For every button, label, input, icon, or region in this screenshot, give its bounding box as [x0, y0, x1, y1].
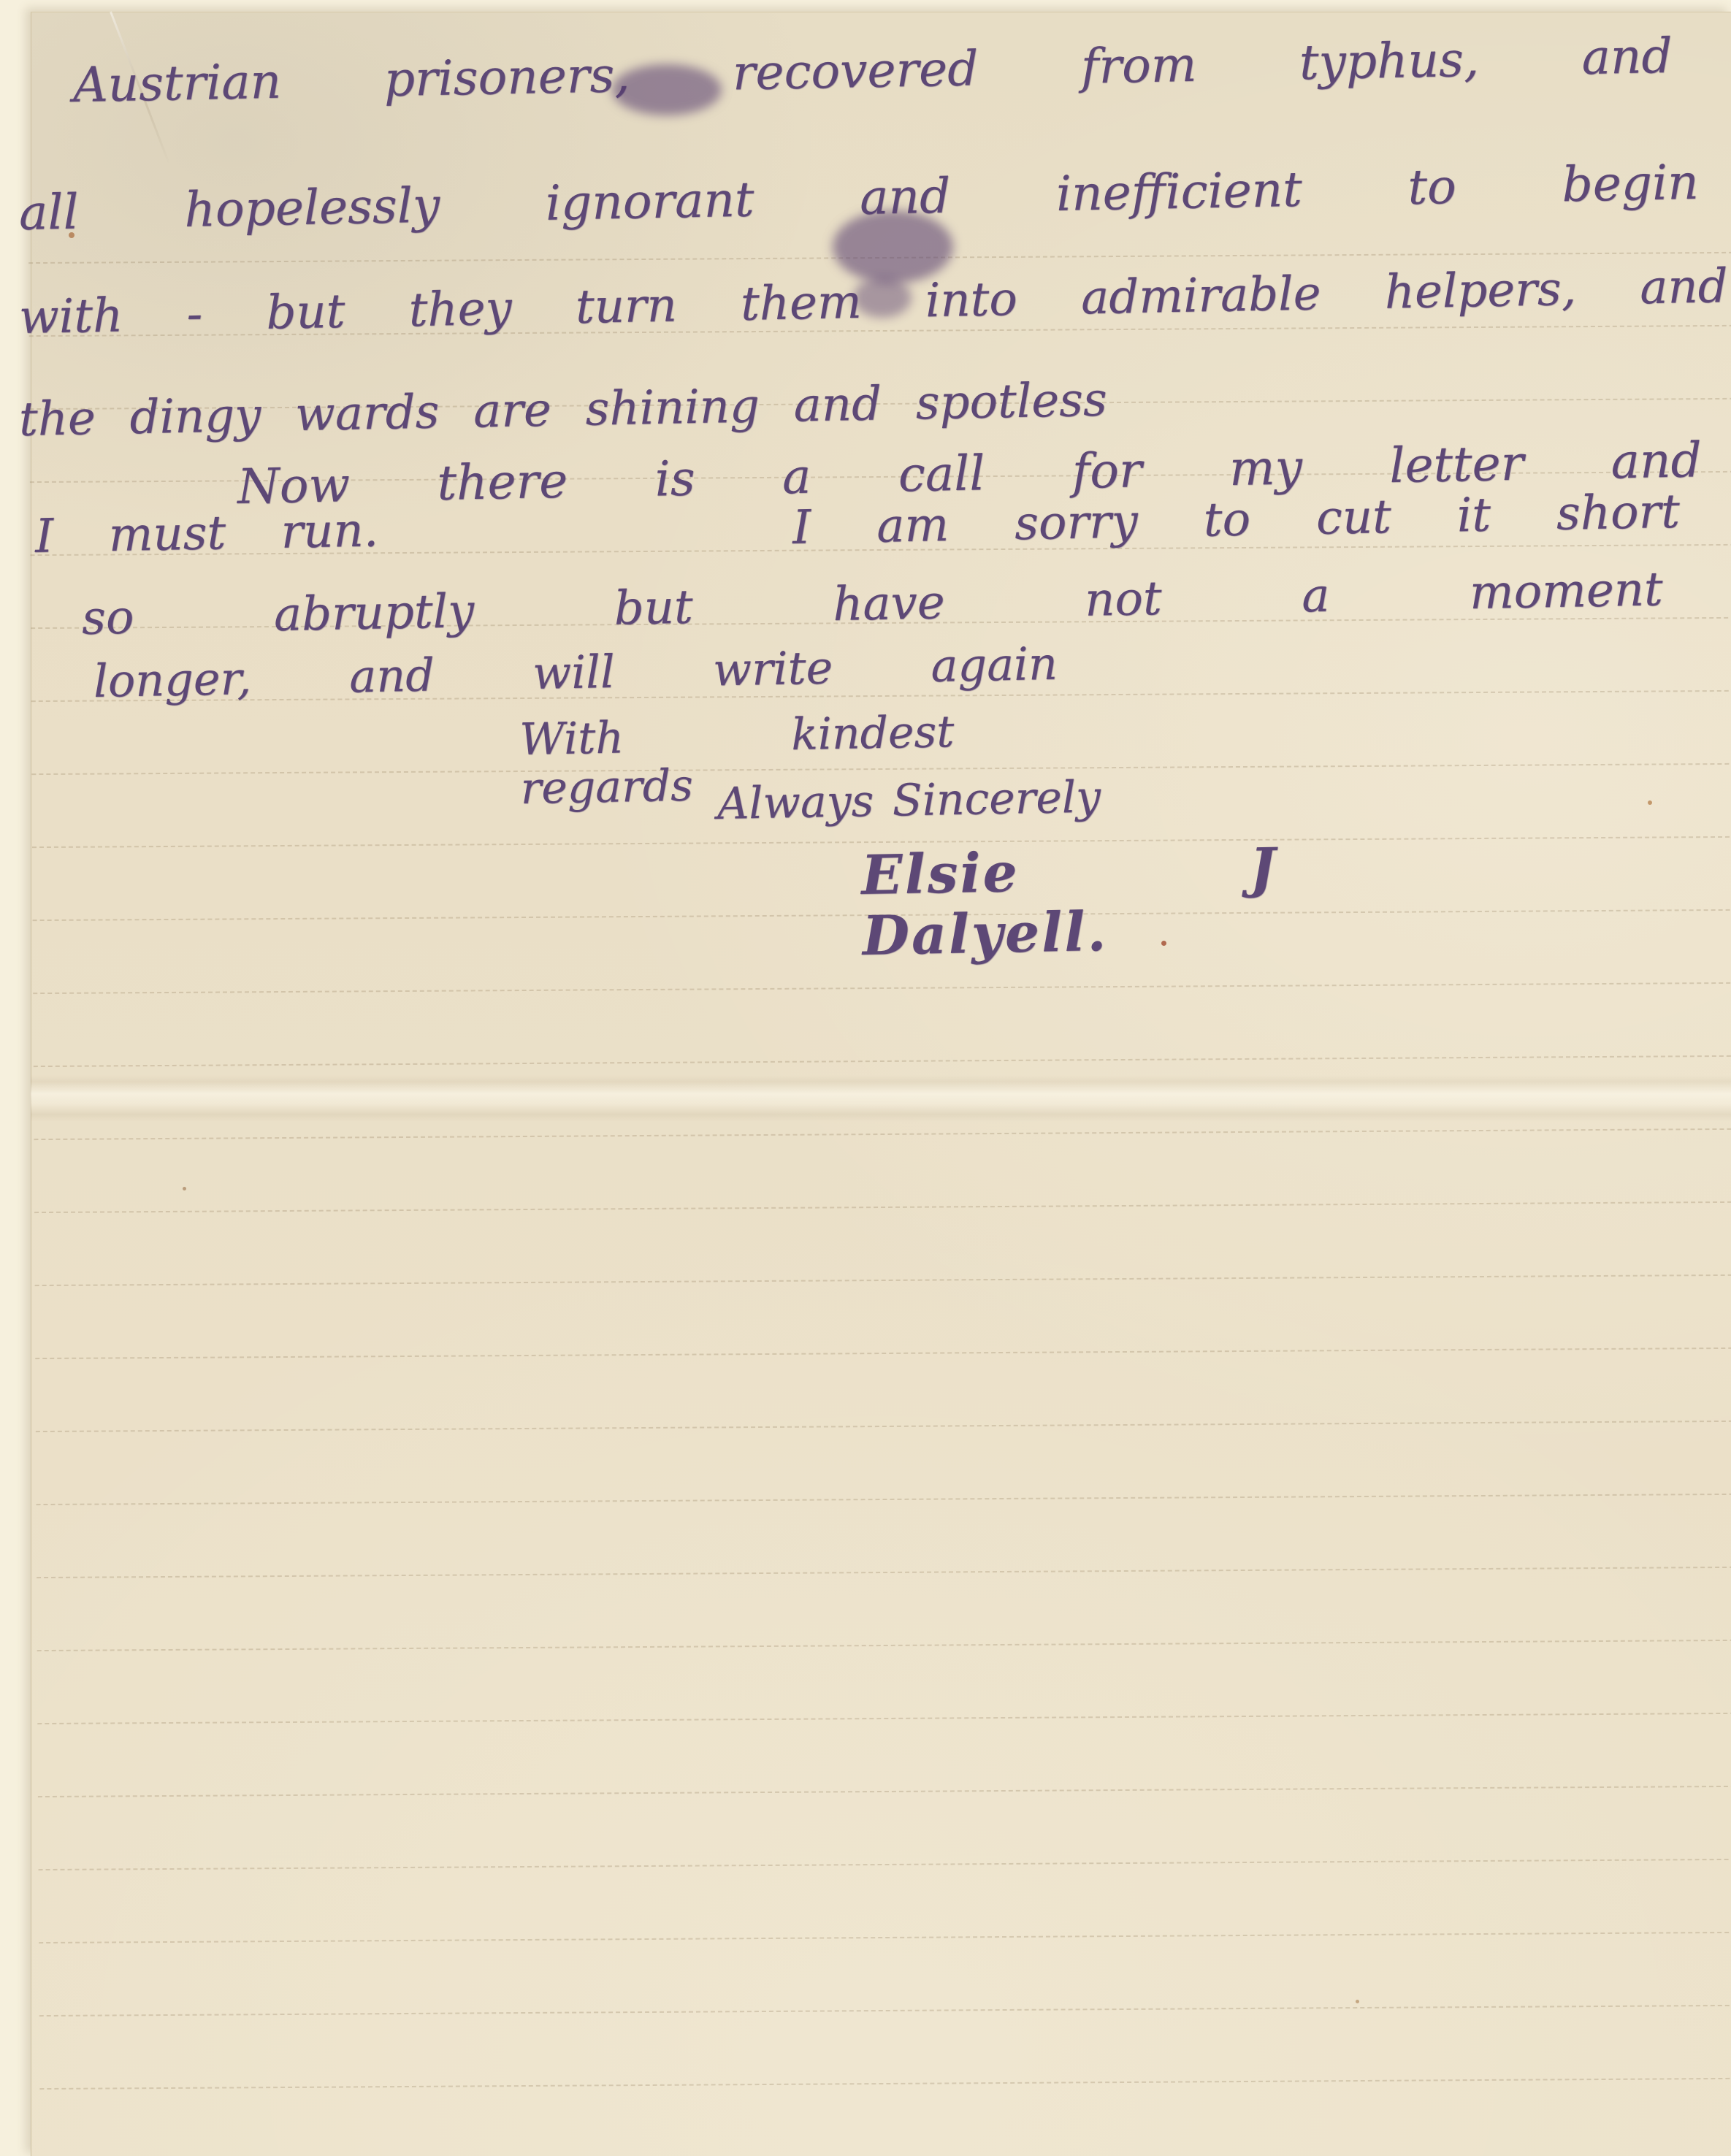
letter-line: so abruptly but have not a moment — [81, 564, 1663, 645]
letter-line: the dingy wards are shining and spotless — [18, 375, 1107, 447]
letter-line: all hopelessly ignorant and inefficient … — [18, 156, 1699, 240]
letter-line: with - but they turn them into admirable… — [18, 261, 1728, 345]
letter-line: longer, and will write again — [93, 638, 1058, 707]
letter-line: Austrian prisoners, recovered from typhu… — [72, 29, 1673, 112]
handwriting-layer: Austrian prisoners, recovered from typhu… — [0, 0, 1731, 2156]
signature: Elsie J Dalyell. — [860, 838, 1279, 967]
closing-line: Always Sincerely — [717, 773, 1101, 829]
letter-line: I must run. — [34, 505, 378, 563]
